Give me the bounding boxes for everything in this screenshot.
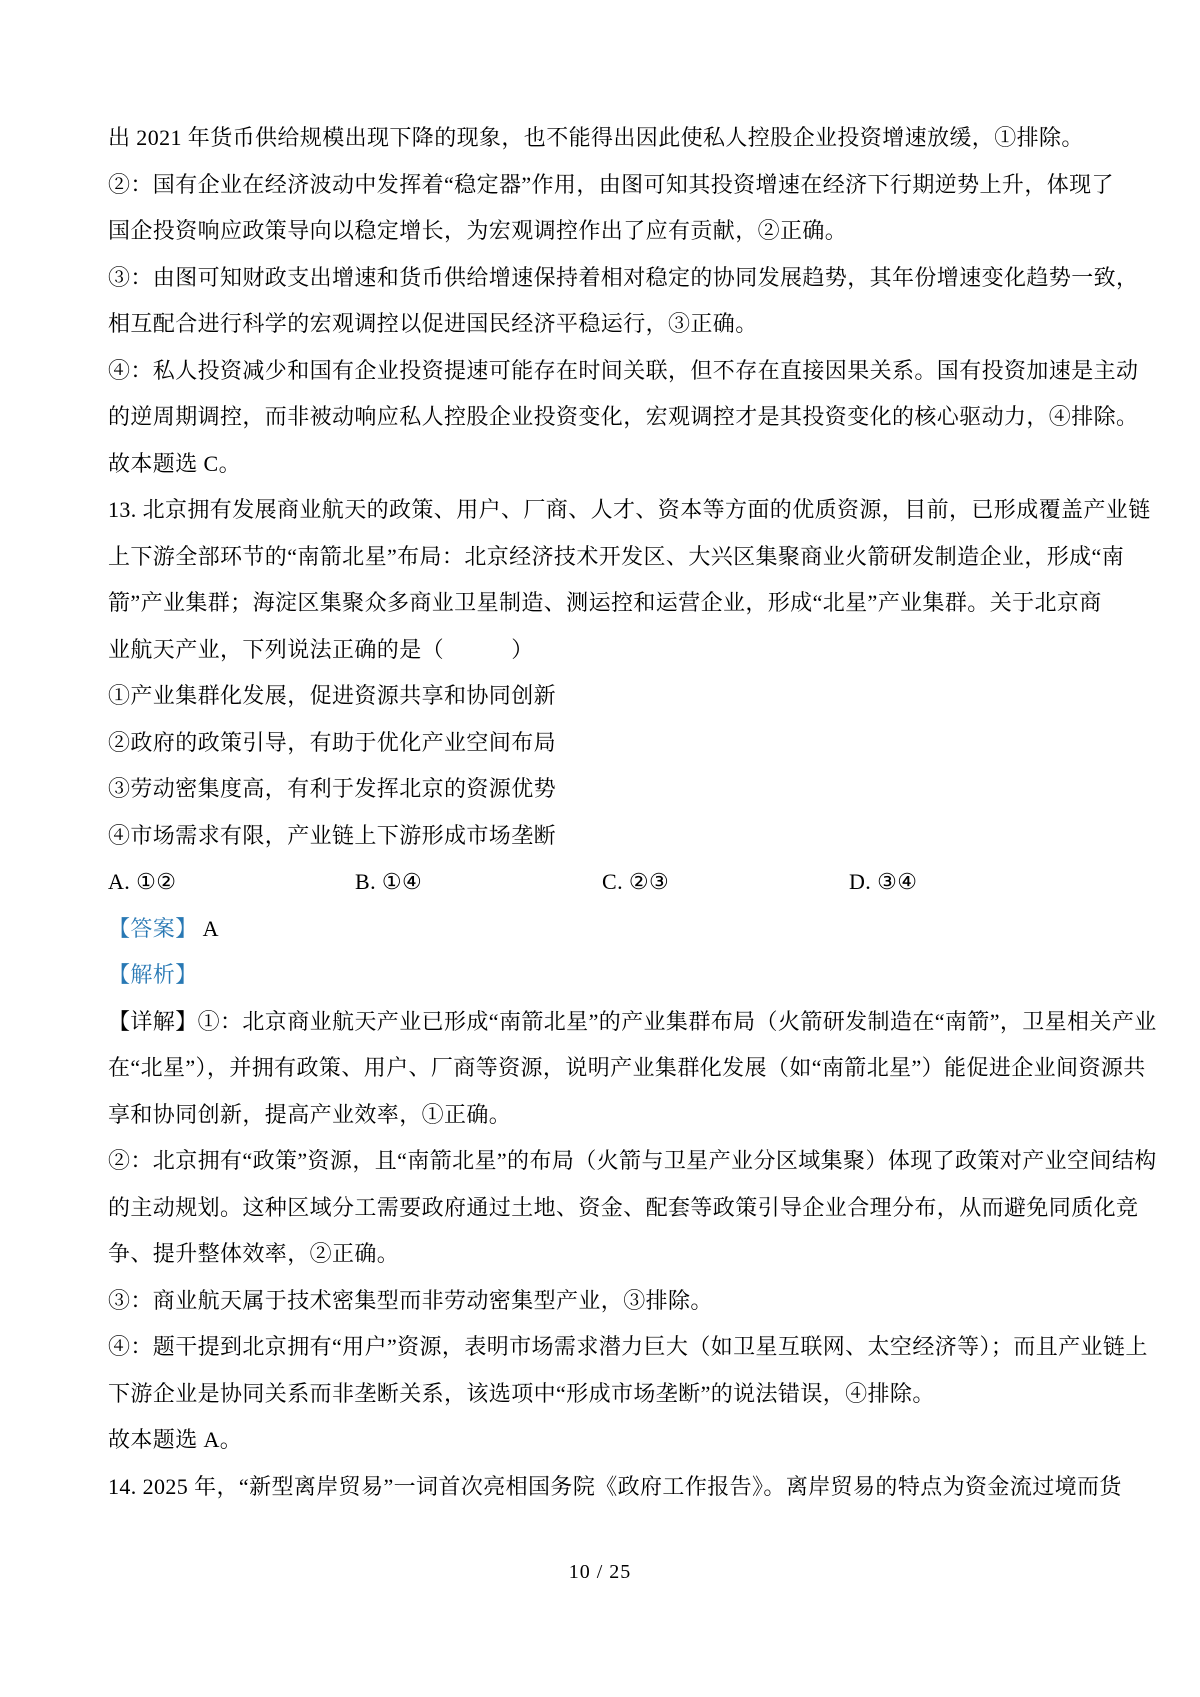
option-b: B. ①④: [355, 859, 602, 906]
question-13-stem: 13. 北京拥有发展商业航天的政策、用户、厂商、人才、资本等方面的优质资源，目前…: [108, 487, 1098, 673]
text-line: 在“北星”），并拥有政策、用户、厂商等资源，说明产业集群化发展（如“南箭北星”）…: [108, 1045, 1098, 1092]
answer-value: A: [203, 916, 219, 941]
text-line: ①产业集群化发展，促进资源共享和协同创新: [108, 673, 1098, 720]
option-c: C. ②③: [602, 859, 849, 906]
option-a: A. ①②: [108, 859, 355, 906]
text-line: 的主动规划。这种区域分工需要政府通过土地、资金、配套等政策引导企业合理分布，从而…: [108, 1185, 1098, 1232]
question-12-explanation: 出 2021 年货币供给规模出现下降的现象，也不能得出因此使私人控股企业投资增速…: [108, 115, 1098, 487]
text-line: ④市场需求有限，产业链上下游形成市场垄断: [108, 813, 1098, 860]
analysis-label: 【解析】: [108, 962, 198, 987]
text-line: 的逆周期调控，而非被动响应私人控股企业投资变化，宏观调控才是其投资变化的核心驱动…: [108, 394, 1098, 441]
analysis-line: 【解析】: [108, 952, 1098, 999]
text-line: ④：题干提到北京拥有“用户”资源，表明市场需求潜力巨大（如卫星互联网、太空经济等…: [108, 1324, 1098, 1371]
text-line: ②政府的政策引导，有助于优化产业空间布局: [108, 720, 1098, 767]
text-line: ③劳动密集度高，有利于发挥北京的资源优势: [108, 766, 1098, 813]
text-line: 箭”产业集群；海淀区集聚众多商业卫星制造、测运控和运营企业，形成“北星”产业集群…: [108, 580, 1098, 627]
document-page: { "colors": { "accent_blue": "#2878b4", …: [0, 0, 1200, 1697]
question-13-detail-explanation: 【详解】①：北京商业航天产业已形成“南箭北星”的产业集群布局（火箭研发制造在“南…: [108, 999, 1098, 1464]
question-13-options-row: A. ①② B. ①④ C. ②③ D. ③④: [108, 859, 1098, 906]
text-line: ③：由图可知财政支出增速和货币供给增速保持着相对稳定的协同发展趋势，其年份增速变…: [108, 255, 1098, 302]
question-14-stem-line: 14. 2025 年，“新型离岸贸易”一词首次亮相国务院《政府工作报告》。离岸贸…: [108, 1464, 1098, 1511]
answer-line: 【答案】A: [108, 906, 1098, 953]
answer-label: 【答案】: [108, 916, 198, 941]
text-line: 业航天产业，下列说法正确的是（ ）: [108, 627, 1098, 674]
text-line: ②：北京拥有“政策”资源，且“南箭北星”的布局（火箭与卫星产业分区域集聚）体现了…: [108, 1138, 1098, 1185]
page-number: 10 / 25: [0, 1561, 1200, 1584]
text-line: 争、提升整体效率，②正确。: [108, 1231, 1098, 1278]
text-line: 享和协同创新，提高产业效率，①正确。: [108, 1092, 1098, 1139]
text-line: ③：商业航天属于技术密集型而非劳动密集型产业，③排除。: [108, 1278, 1098, 1325]
text-line: ②：国有企业在经济波动中发挥着“稳定器”作用，由图可知其投资增速在经济下行期逆势…: [108, 162, 1098, 209]
text-line: 13. 北京拥有发展商业航天的政策、用户、厂商、人才、资本等方面的优质资源，目前…: [108, 487, 1098, 534]
question-13-statements: ①产业集群化发展，促进资源共享和协同创新②政府的政策引导，有助于优化产业空间布局…: [108, 673, 1098, 859]
text-line: 国企投资响应政策导向以稳定增长，为宏观调控作出了应有贡献，②正确。: [108, 208, 1098, 255]
text-line: 故本题选 C。: [108, 441, 1098, 488]
text-line: 相互配合进行科学的宏观调控以促进国民经济平稳运行，③正确。: [108, 301, 1098, 348]
text-line: 下游企业是协同关系而非垄断关系，该选项中“形成市场垄断”的说法错误，④排除。: [108, 1371, 1098, 1418]
page-content: 出 2021 年货币供给规模出现下降的现象，也不能得出因此使私人控股企业投资增速…: [108, 115, 1098, 1510]
text-line: ④：私人投资减少和国有企业投资提速可能存在时间关联，但不存在直接因果关系。国有投…: [108, 348, 1098, 395]
text-line: 【详解】①：北京商业航天产业已形成“南箭北星”的产业集群布局（火箭研发制造在“南…: [108, 999, 1098, 1046]
text-line: 上下游全部环节的“南箭北星”布局：北京经济技术开发区、大兴区集聚商业火箭研发制造…: [108, 534, 1098, 581]
option-d: D. ③④: [849, 859, 917, 906]
text-line: 出 2021 年货币供给规模出现下降的现象，也不能得出因此使私人控股企业投资增速…: [108, 115, 1098, 162]
text-line: 故本题选 A。: [108, 1417, 1098, 1464]
